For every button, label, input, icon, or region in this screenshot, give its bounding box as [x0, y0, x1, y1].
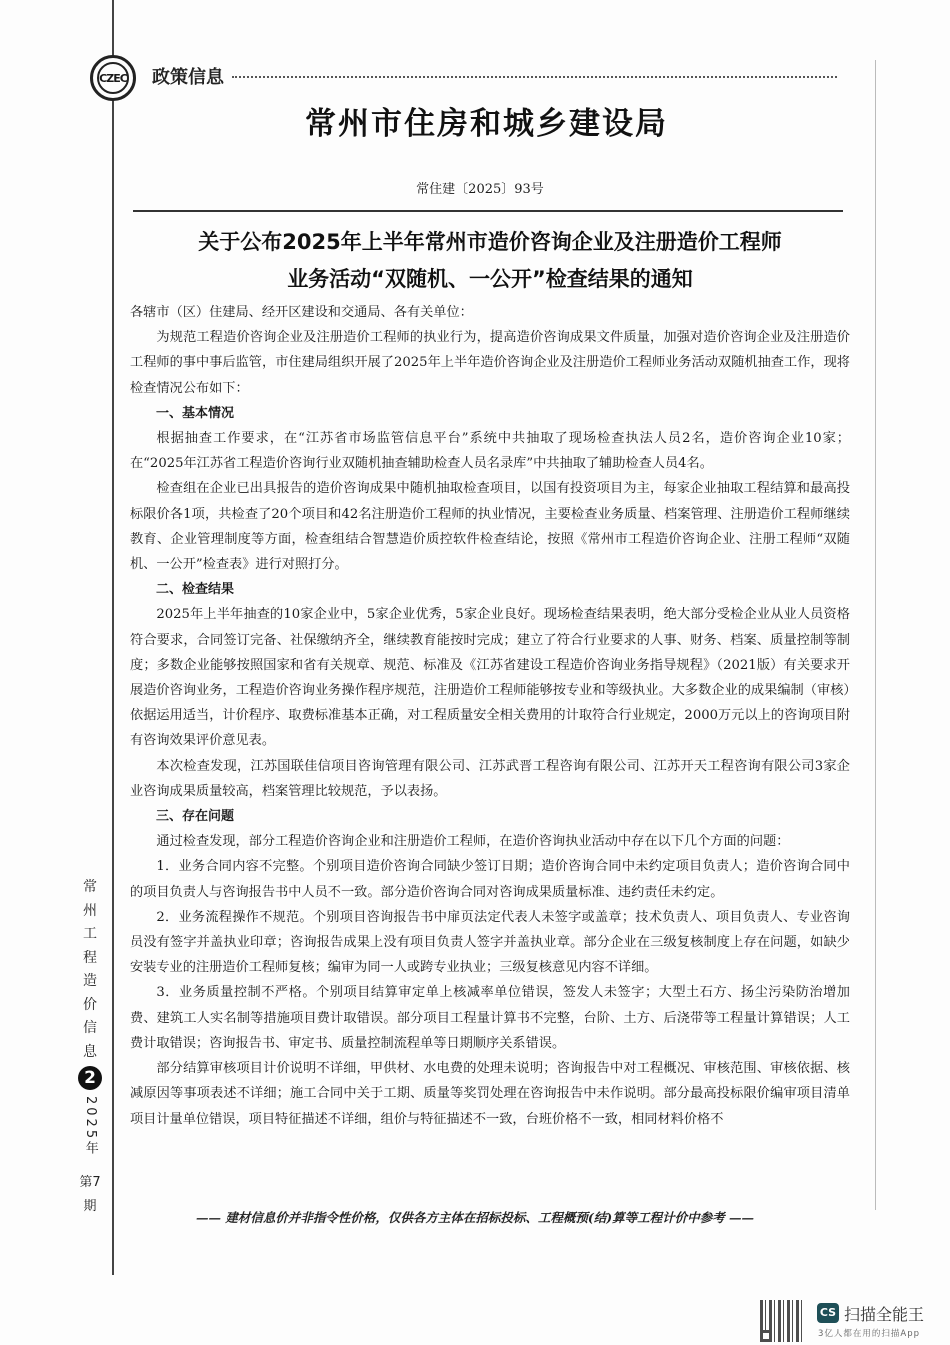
publication-year: 2025年 [78, 1096, 102, 1157]
header-rule [133, 210, 843, 212]
camscanner-logo-icon: CS [817, 1303, 839, 1323]
paragraph: 根据抽查工作要求，在“江苏省市场监管信息平台”系统中共抽取了现场检查执法人员2名… [130, 426, 850, 476]
problem-item-1: 1．业务合同内容不完整。个别项目造价咨询合同缺少签订日期；造价咨询合同中未约定项… [130, 854, 850, 904]
paragraph: 2025年上半年抽查的10家企业中，5家企业优秀，5家企业良好。现场检查结果表明… [130, 602, 850, 753]
footer-disclaimer: —— 建材信息价并非指令性价格，仅供各方主体在招标投标、工程概预(结)算等工程计… [0, 1208, 950, 1226]
right-margin-rule [875, 60, 876, 1210]
publication-name-char: 信 [78, 1017, 102, 1041]
journal-logo-icon: CZEC [90, 55, 136, 101]
problem-item-3: 3．业务质量控制不严格。个别项目结算审定单上核减率单位错误，签发人未签字；大型土… [130, 980, 850, 1056]
publication-name-char: 价 [78, 994, 102, 1018]
notice-title: 关于公布2025年上半年常州市造价咨询企业及注册造价工程师 业务活动“双随机、一… [120, 224, 860, 298]
salutation: 各辖市（区）住建局、经开区建设和交通局、各有关单位： [130, 300, 850, 325]
document-number: 常住建〔2025〕93号 [0, 178, 950, 197]
publication-name-char: 常 [78, 876, 102, 900]
publication-name-char: 工 [78, 923, 102, 947]
problem-item-2: 2．业务流程操作不规范。个别项目咨询报告书中扉页法定代表人未签字或盖章；技术负责… [130, 905, 850, 981]
scanner-watermark: CS 扫描全能王 3亿人都在用的扫描App [760, 1300, 950, 1345]
intro-paragraph: 为规范工程造价咨询企业及注册造价工程师的执业行为，提高造价咨询成果文件质量，加强… [130, 325, 850, 401]
logo-monogram: CZEC [97, 62, 129, 94]
publication-sidebar: 常 州 工 程 造 价 信 息 2 2025年 第7期 [78, 876, 102, 1218]
publication-name-char: 程 [78, 947, 102, 971]
scanner-tagline: 3亿人都在用的扫描App [818, 1327, 920, 1339]
publication-name-char: 造 [78, 970, 102, 994]
publication-name-char: 息 [78, 1041, 102, 1065]
paragraph: 检查组在企业已出具报告的造价咨询成果中随机抽取检查项目，以国有投资项目为主，每家… [130, 476, 850, 577]
qr-code-icon [760, 1300, 802, 1342]
section-label: 政策信息 [152, 63, 224, 89]
dotted-divider [232, 76, 837, 78]
publication-name-char: 州 [78, 900, 102, 924]
paragraph: 本次检查发现，江苏国联佳信项目咨询管理有限公司、江苏武晋工程咨询有限公司、江苏开… [130, 754, 850, 804]
notice-title-line-2: 业务活动“双随机、一公开”检查结果的通知 [120, 261, 860, 298]
paragraph: 部分结算审核项目计价说明不详细，甲供材、水电费的处理未说明；咨询报告中对工程概况… [130, 1056, 850, 1132]
section-heading-problems: 三、存在问题 [130, 804, 850, 829]
notice-title-line-1: 关于公布2025年上半年常州市造价咨询企业及注册造价工程师 [120, 224, 860, 261]
notice-body: 各辖市（区）住建局、经开区建设和交通局、各有关单位： 为规范工程造价咨询企业及注… [130, 300, 850, 1132]
section-heading-results: 二、检查结果 [130, 577, 850, 602]
scanner-app-name: 扫描全能王 [844, 1302, 924, 1325]
page-number-badge: 2 [78, 1066, 102, 1090]
section-heading-basic-info: 一、基本情况 [130, 401, 850, 426]
paragraph: 通过检查发现，部分工程造价咨询企业和注册造价工程师，在造价咨询执业活动中存在以下… [130, 829, 850, 854]
issuing-authority-title: 常州市住房和城乡建设局 [305, 98, 668, 143]
